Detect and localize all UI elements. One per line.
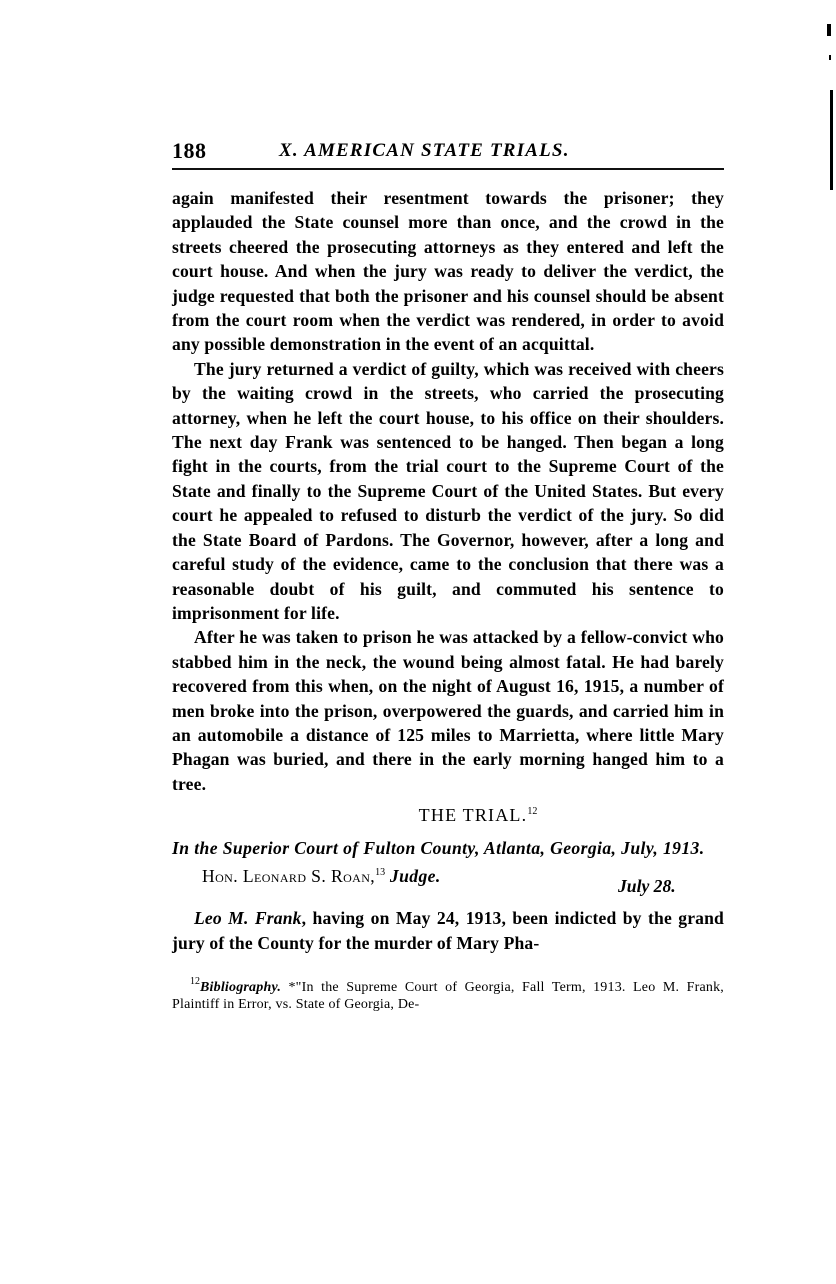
- trial-date: July 28.: [618, 876, 676, 897]
- paragraph: After he was taken to prison he was atta…: [172, 625, 724, 796]
- body-text: again manifested their resentment toward…: [172, 186, 724, 796]
- footnote: 12Bibliography. *"In the Supreme Court o…: [172, 973, 724, 1013]
- defendant-name: Leo M. Frank: [194, 908, 302, 928]
- page-number: 188: [172, 138, 207, 164]
- book-page: 188 X. AMERICAN STATE TRIALS. again mani…: [172, 138, 724, 1013]
- scan-artifact: [829, 55, 831, 60]
- paragraph: The jury returned a verdict of guilty, w…: [172, 357, 724, 625]
- footnote-label: Bibliography.: [200, 980, 281, 995]
- judge-title: Judge.: [385, 866, 441, 886]
- scan-artifact: [830, 90, 833, 190]
- footnote-ref: 13: [375, 867, 385, 878]
- opening-paragraph: Leo M. Frank, having on May 24, 1913, be…: [172, 906, 724, 955]
- footnote-ref: 12: [527, 806, 537, 817]
- judge-line: Hon. Leonard S. Roan,13 Judge.: [202, 866, 441, 887]
- section-heading: THE TRIAL.12: [232, 799, 724, 828]
- judge-name: Hon. Leonard S. Roan,: [202, 866, 375, 886]
- footnote-number: 12: [190, 976, 200, 987]
- judge-row: Hon. Leonard S. Roan,13 Judge. July 28.: [172, 866, 724, 900]
- section-heading-text: THE TRIAL.: [419, 805, 528, 825]
- paragraph: again manifested their resentment toward…: [172, 186, 724, 357]
- running-head: 188 X. AMERICAN STATE TRIALS.: [172, 138, 724, 170]
- court-caption: In the Superior Court of Fulton County, …: [172, 836, 724, 860]
- scan-artifact: [827, 24, 831, 36]
- running-title: X. AMERICAN STATE TRIALS.: [279, 140, 570, 162]
